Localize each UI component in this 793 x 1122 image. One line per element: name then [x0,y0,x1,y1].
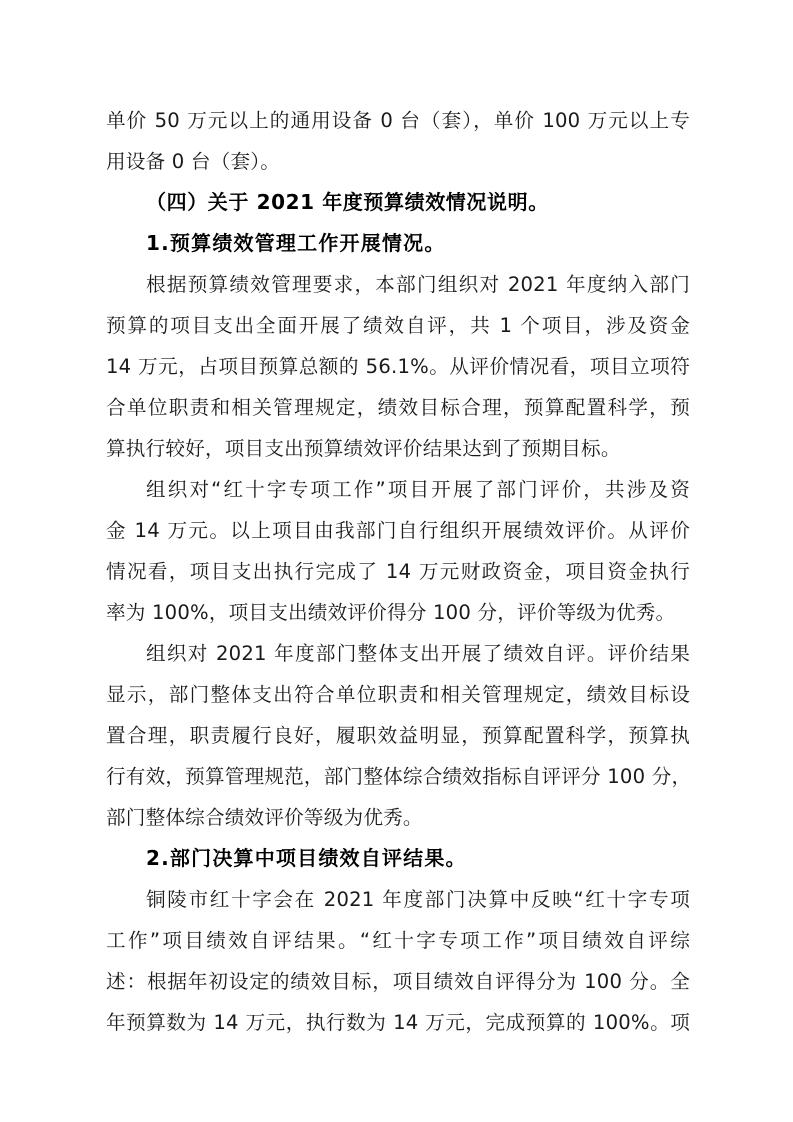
section-heading-4: （四）关于 2021 年度预算绩效情况说明。 [106,182,690,223]
text-line: 预算的项目支出全面开展了绩效自评，共 1 个项目，涉及资金 [106,305,690,346]
paragraph-red-cross-project-evaluation: 组织对“红十字专项工作”项目开展了部门评价，共涉及资 金 14 万元。以上项目由… [106,469,690,633]
text-line: 年预算数为 14 万元，执行数为 14 万元，完成预算的 100%。项 [106,1002,690,1043]
document-page: 单价 50 万元以上的通用设备 0 台（套），单价 100 万元以上专 用设备 … [106,100,690,1043]
text-line: 金 14 万元。以上项目由我部门自行组织开展绩效评价。从评价 [106,510,690,551]
text-line: 组织对“红十字专项工作”项目开展了部门评价，共涉及资 [106,469,690,510]
text-line: 用设备 0 台（套）。 [106,141,690,182]
text-line: 工作”项目绩效自评结果。“红十字专项工作”项目绩效自评综 [106,920,690,961]
text-line: 单价 50 万元以上的通用设备 0 台（套），单价 100 万元以上专 [106,100,690,141]
text-line: 铜陵市红十字会在 2021 年度部门决算中反映“红十字专项 [106,879,690,920]
subsection-heading-1: 1.预算绩效管理工作开展情况。 [106,223,690,264]
text-line: 根据预算绩效管理要求，本部门组织对 2021 年度纳入部门 [106,264,690,305]
text-line: 置合理，职责履行良好，履职效益明显，预算配置科学，预算执 [106,715,690,756]
text-line: 述：根据年初设定的绩效目标，项目绩效自评得分为 100 分。全 [106,961,690,1002]
text-line: 情况看，项目支出执行完成了 14 万元财政资金，项目资金执行 [106,551,690,592]
text-line: 行有效，预算管理规范，部门整体综合绩效指标自评评分 100 分， [106,756,690,797]
text-line: 组织对 2021 年度部门整体支出开展了绩效自评。评价结果 [106,633,690,674]
text-line: 合单位职责和相关管理规定，绩效目标合理，预算配置科学，预 [106,387,690,428]
paragraph-department-overall-evaluation: 组织对 2021 年度部门整体支出开展了绩效自评。评价结果 显示，部门整体支出符… [106,633,690,838]
text-line: 算执行较好，项目支出预算绩效评价结果达到了预期目标。 [106,428,690,469]
text-line: 率为 100%，项目支出绩效评价得分 100 分，评价等级为优秀。 [106,592,690,633]
paragraph-budget-performance-management: 根据预算绩效管理要求，本部门组织对 2021 年度纳入部门 预算的项目支出全面开… [106,264,690,469]
subsection-heading-2: 2.部门决算中项目绩效自评结果。 [106,838,690,879]
continuation-paragraph: 单价 50 万元以上的通用设备 0 台（套），单价 100 万元以上专 用设备 … [106,100,690,182]
text-line: 显示，部门整体支出符合单位职责和相关管理规定，绩效目标设 [106,674,690,715]
text-line: 14 万元，占项目预算总额的 56.1%。从评价情况看，项目立项符 [106,346,690,387]
paragraph-project-self-evaluation-results: 铜陵市红十字会在 2021 年度部门决算中反映“红十字专项 工作”项目绩效自评结… [106,879,690,1043]
text-line: 部门整体综合绩效评价等级为优秀。 [106,797,690,838]
